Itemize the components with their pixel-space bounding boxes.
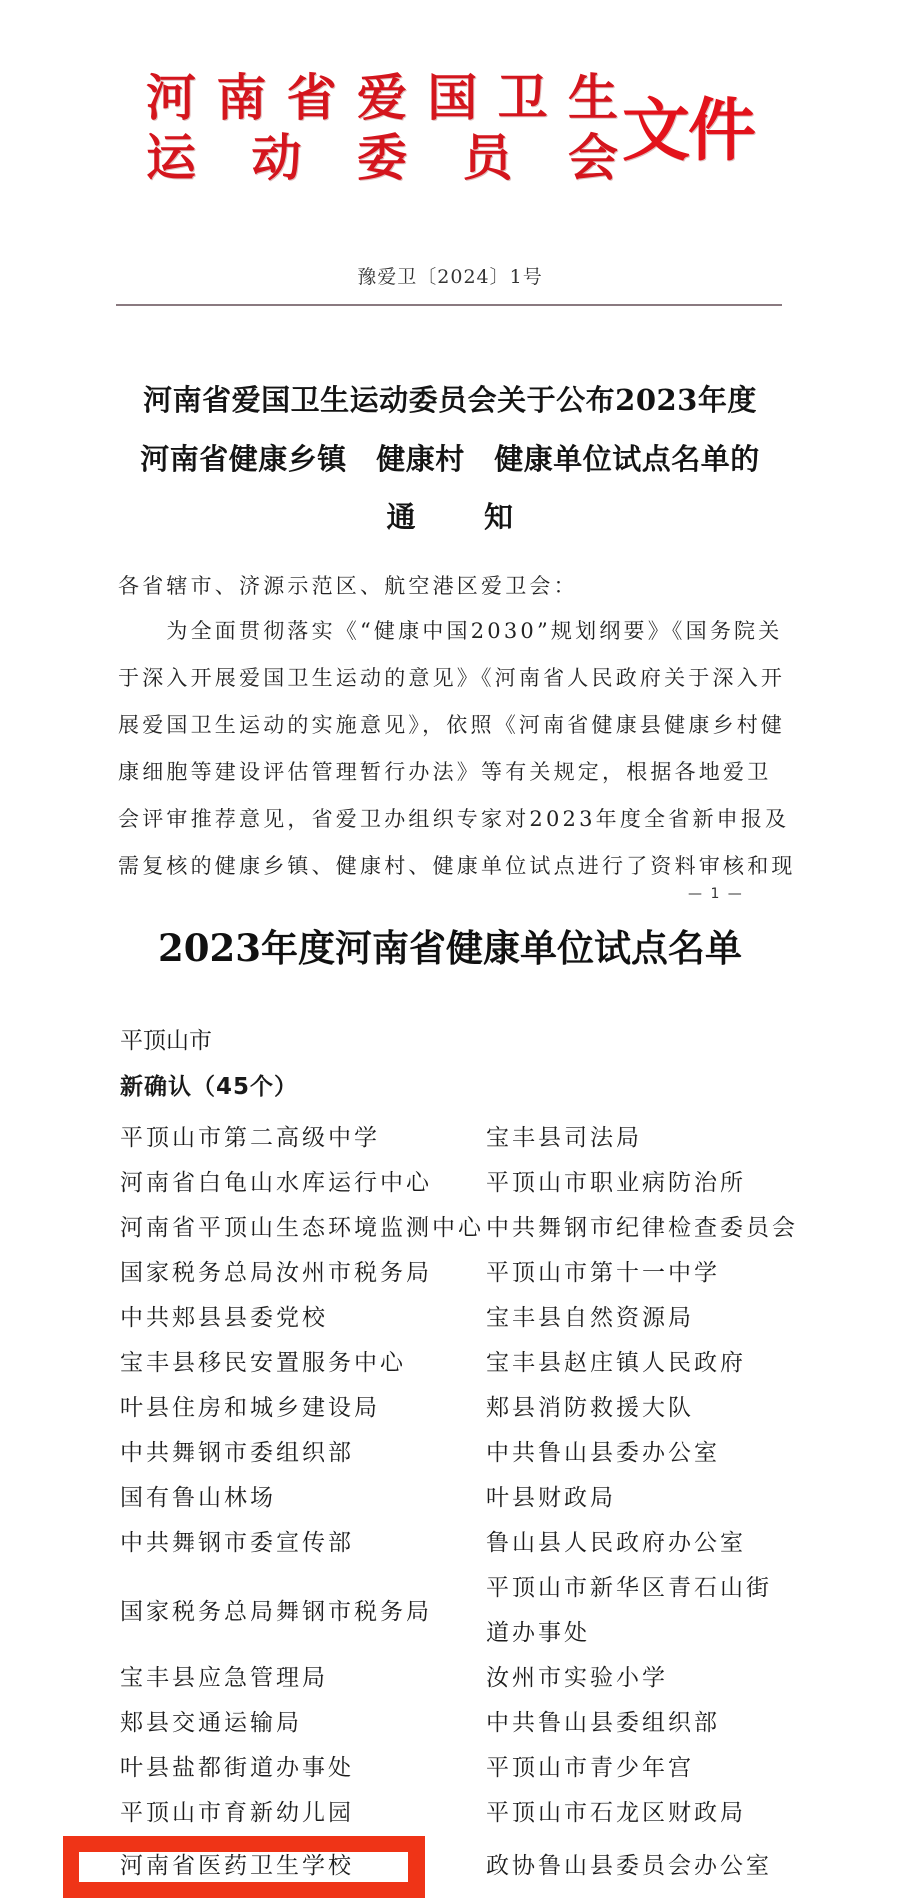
list-item: 叶县财政局: [486, 1476, 616, 1521]
list-item: 叶县住房和城乡建设局: [120, 1386, 380, 1431]
letterhead-line-1: 河 南 省 爱 国 卫 生: [146, 70, 618, 126]
list-item: 河南省白龟山水库运行中心: [120, 1161, 432, 1206]
body-line: 于深入开展爱国卫生运动的意见》《河南省人民政府关于深入开: [118, 662, 788, 692]
body-line: 展爱国卫生运动的实施意见》，依照《河南省健康县健康乡村健: [118, 709, 788, 739]
notice-title-char: 通: [386, 495, 416, 536]
letterhead-char: 河: [146, 70, 196, 126]
list-item: 汝州市实验小学: [486, 1656, 668, 1701]
list-item: 平顶山市青少年宫: [486, 1746, 694, 1791]
category-label: 新确认（45个）: [120, 1068, 298, 1101]
list-item: 平顶山市职业病防治所: [486, 1161, 746, 1206]
page-number: — 1 —: [688, 886, 744, 902]
notice-title-line-2: 河南省健康乡镇 健康村 健康单位试点名单的: [0, 437, 900, 478]
letterhead-char: 生: [568, 70, 618, 126]
list-item: 国家税务总局汝州市税务局: [120, 1251, 432, 1296]
list-item: 国家税务总局舞钢市税务局: [120, 1590, 432, 1635]
list-title: 2023年度河南省健康单位试点名单: [0, 918, 900, 972]
letterhead-char: 南: [216, 70, 266, 126]
list-item: 中共郏县县委党校: [120, 1296, 328, 1341]
list-item: 鲁山县人民政府办公室: [486, 1521, 746, 1566]
list-item: 平顶山市第十一中学: [486, 1251, 720, 1296]
list-item: 中共鲁山县委组织部: [486, 1701, 720, 1746]
list-item: 平顶山市第二高级中学: [120, 1116, 380, 1161]
list-item: 宝丰县自然资源局: [486, 1296, 694, 1341]
letterhead-char: 员: [463, 130, 513, 186]
list-item: 宝丰县移民安置服务中心: [120, 1341, 406, 1386]
list-item-highlighted: 河南省医药卫生学校: [120, 1844, 354, 1889]
letterhead-char: 动: [252, 130, 302, 186]
body-line: 为全面贯彻落实《“健康中国2030”规划纲要》《国务院关: [118, 615, 788, 645]
list-item: 中共舞钢市纪律检查委员会: [486, 1206, 798, 1251]
list-item: 国有鲁山林场: [120, 1476, 276, 1521]
letterhead-char: 爱: [357, 70, 407, 126]
city-heading: 平顶山市: [120, 1022, 212, 1055]
letterhead-char: 会: [568, 130, 618, 186]
list-item: 郏县交通运输局: [120, 1701, 302, 1746]
list-item: 平顶山市石龙区财政局: [486, 1791, 746, 1836]
letterhead-char: 运: [146, 130, 196, 186]
letterhead-char: 委: [357, 130, 407, 186]
list-item-continuation: 道办事处: [486, 1611, 590, 1656]
list-item: 宝丰县应急管理局: [120, 1656, 328, 1701]
body-line: 会评审推荐意见，省爱卫办组织专家对2023年度全省新申报及: [118, 803, 788, 833]
letterhead-char: 省: [287, 70, 337, 126]
list-item: 河南省平顶山生态环境监测中心: [120, 1206, 484, 1251]
notice-title-char: 知: [484, 495, 514, 536]
letterhead-char: 国: [427, 70, 477, 126]
list-item: 宝丰县司法局: [486, 1116, 642, 1161]
notice-title-line-1: 河南省爱国卫生运动委员会关于公布2023年度: [0, 378, 900, 419]
list-item: 平顶山市新华区青石山街: [486, 1566, 772, 1611]
addressee: 各省辖市、济源示范区、航空港区爱卫会：: [118, 570, 788, 600]
header-divider: [116, 304, 782, 306]
document-number: 豫爱卫〔2024〕1号: [0, 262, 900, 289]
notice-title-line-3: 通知: [0, 495, 900, 536]
list-item: 中共舞钢市委组织部: [120, 1431, 354, 1476]
letterhead-char: 卫: [498, 70, 548, 126]
list-item: 中共舞钢市委宣传部: [120, 1521, 354, 1566]
body-line: 康细胞等建设评估管理暂行办法》等有关规定，根据各地爱卫: [118, 756, 788, 786]
list-item: 政协鲁山县委员会办公室: [486, 1844, 772, 1889]
body-line: 需复核的健康乡镇、健康村、健康单位试点进行了资料审核和现: [118, 850, 788, 880]
list-item: 中共鲁山县委办公室: [486, 1431, 720, 1476]
list-item: 叶县盐都街道办事处: [120, 1746, 354, 1791]
list-item: 郏县消防救援大队: [486, 1386, 694, 1431]
letterhead-suffix: 文件: [622, 86, 754, 176]
list-item: 宝丰县赵庄镇人民政府: [486, 1341, 746, 1386]
letterhead-line-2: 运 动 委 员 会: [146, 130, 618, 186]
list-item: 平顶山市育新幼儿园: [120, 1791, 354, 1836]
